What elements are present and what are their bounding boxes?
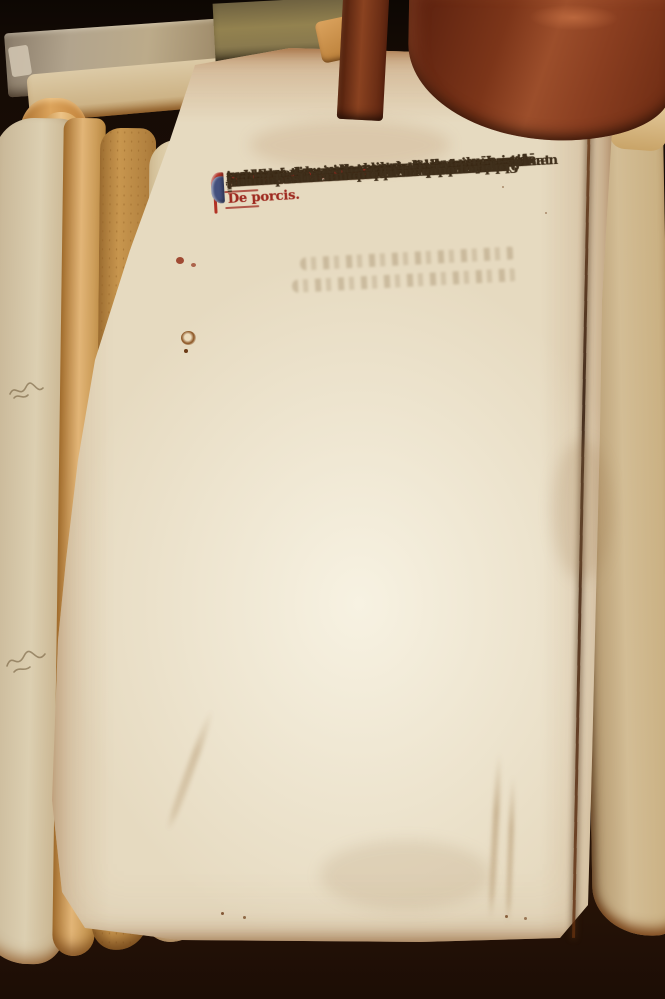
strap <box>337 0 390 121</box>
marginalia-scribble <box>8 378 46 404</box>
leather-highlight <box>529 4 619 32</box>
manuscript-photo: asoluere compellatur p̱ kabella comuni s… <box>0 0 665 999</box>
marginalia-scribble <box>4 646 48 676</box>
